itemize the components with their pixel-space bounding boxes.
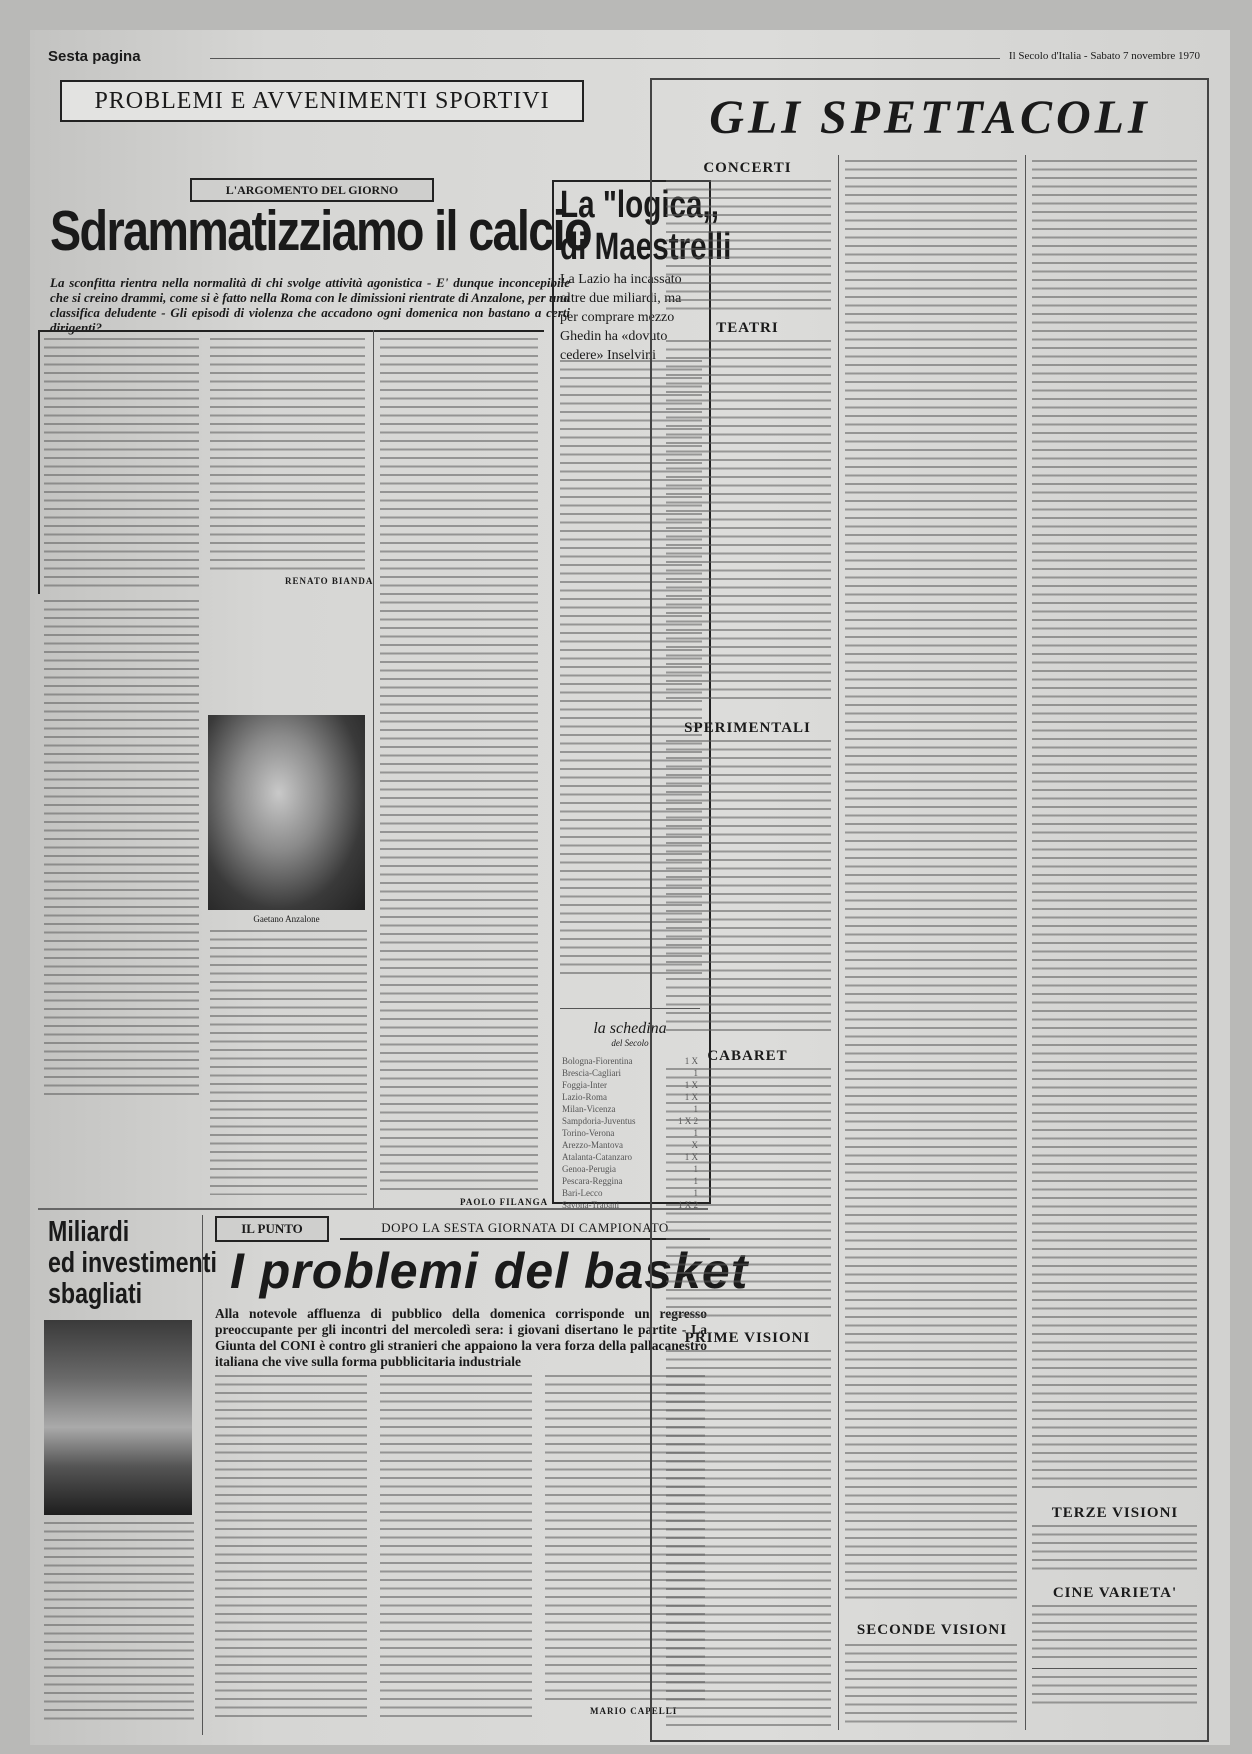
section-divider <box>38 1208 708 1210</box>
section-terze-visioni: TERZE VISIONI <box>1030 1505 1200 1522</box>
column-rule <box>202 1215 203 1735</box>
lead-subheadline: La sconfitta rientra nella normalità di … <box>50 275 570 335</box>
cabaret-listings <box>666 1068 831 1318</box>
page-label: Sesta pagina <box>48 48 141 65</box>
newspaper-page: Sesta pagina Il Secolo d'Italia - Sabato… <box>30 30 1230 1745</box>
section-sperimentali: SPERIMENTALI <box>660 720 835 737</box>
schedina-match: Torino-Verona <box>562 1127 614 1139</box>
lead-body-column-4 <box>210 930 367 1195</box>
anzalone-photo <box>208 715 365 910</box>
terze-visioni-listings <box>1032 1525 1197 1575</box>
schedina-match: Foggia-Inter <box>562 1079 607 1091</box>
schedina-match: Sampdoria-Juventus <box>562 1115 636 1127</box>
boxing-photo <box>44 1320 192 1515</box>
teatri-listings <box>666 340 831 705</box>
listing-rule <box>1032 1668 1197 1669</box>
basket-body-column-1 <box>215 1375 367 1720</box>
seconde-visioni-listings-2 <box>1032 160 1197 1490</box>
lead-body-column-2 <box>210 338 365 570</box>
photo-caption: Gaetano Anzalone <box>208 914 365 924</box>
schedina-match: Pescara-Reggina <box>562 1175 622 1187</box>
lead-body-column-3 <box>44 600 199 1095</box>
schedina-match: Genoa-Perugia <box>562 1163 616 1175</box>
folio-rule <box>210 58 1000 59</box>
boxing-body <box>44 1522 194 1722</box>
listing-footnote <box>1032 1676 1197 1710</box>
section-teatri: TEATRI <box>660 320 835 337</box>
sperimentali-listings <box>666 740 831 1035</box>
schedina-match: Bologna-Fiorentina <box>562 1055 633 1067</box>
schedina-match: Bari-Lecco <box>562 1187 602 1199</box>
lead-headline: Sdrammatizziamo il calcio <box>50 198 485 264</box>
paper-date: Il Secolo d'Italia - Sabato 7 novembre 1… <box>1009 50 1200 62</box>
schedina-match: Arezzo-Mantova <box>562 1139 623 1151</box>
lead-body-column-1 <box>44 338 199 588</box>
lead-body-column-5 <box>380 338 538 1193</box>
section-cabaret: CABARET <box>660 1048 835 1065</box>
schedina-match: Lazio-Roma <box>562 1091 607 1103</box>
section-seconde-visioni: SECONDE VISIONI <box>842 1622 1022 1639</box>
schedina-match: Atalanta-Catanzaro <box>562 1151 632 1163</box>
section-concerti: CONCERTI <box>660 160 835 177</box>
prime-visioni-listings-1 <box>666 1350 831 1730</box>
second-byline: PAOLO FILANGA <box>460 1197 548 1207</box>
seconde-visioni-listings-1 <box>845 1644 1017 1729</box>
listing-rule <box>1025 155 1026 1730</box>
boxing-headline-line3: sbagliati <box>48 1279 142 1309</box>
spettacoli-title: GLI SPETTACOLI <box>670 90 1190 145</box>
schedina-match: Brescia-Cagliari <box>562 1067 621 1079</box>
prime-visioni-listings-2 <box>845 160 1017 1600</box>
section-banner: PROBLEMI E AVVENIMENTI SPORTIVI <box>60 80 584 122</box>
concerti-listings <box>666 180 831 310</box>
lead-byline: RENATO BIANDA <box>285 576 373 586</box>
schedina-match: Milan-Vicenza <box>562 1103 615 1115</box>
section-cine-varieta: CINE VARIETA' <box>1030 1585 1200 1602</box>
section-prime-visioni: PRIME VISIONI <box>660 1330 835 1347</box>
listing-rule <box>838 155 839 1730</box>
boxing-headline-line1: Miliardi <box>48 1217 129 1247</box>
basket-tag: IL PUNTO <box>241 1221 303 1237</box>
cine-varieta-listings <box>1032 1605 1197 1660</box>
column-rule <box>373 330 374 1210</box>
boxing-headline-line2: ed investimenti <box>48 1248 217 1278</box>
basket-body-column-2 <box>380 1375 532 1720</box>
basket-tag-box: IL PUNTO <box>215 1216 329 1242</box>
basket-subheadline: Alla notevole affluenza di pubblico dell… <box>215 1306 707 1370</box>
